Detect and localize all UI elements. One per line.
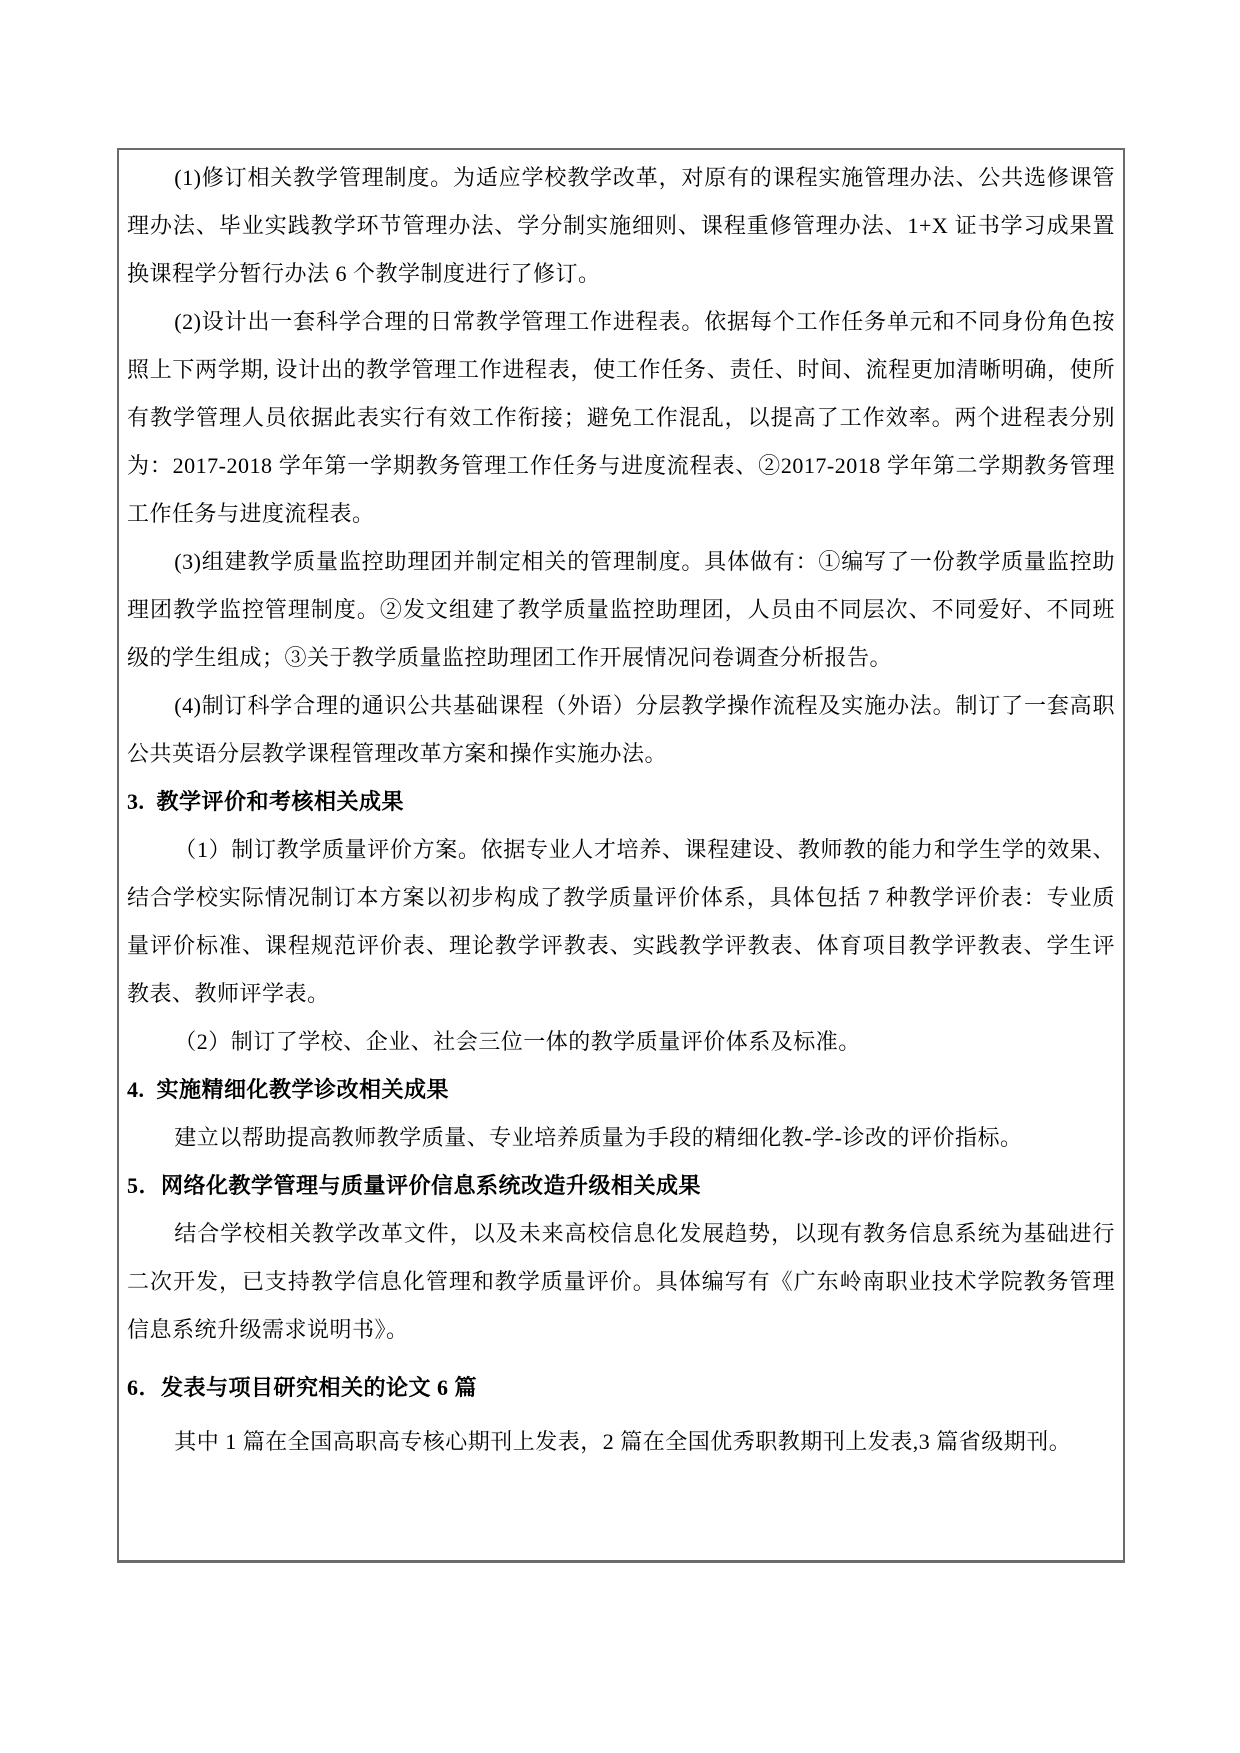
heading-4-refined-teaching-diagnosis: 4. 实施精细化教学诊改相关成果 bbox=[127, 1066, 1115, 1114]
heading-3-teaching-evaluation: 3. 教学评价和考核相关成果 bbox=[127, 778, 1115, 826]
document-box: (1)修订相关教学管理制度。为适应学校教学改革，对原有的课程实施管理办法、公共选… bbox=[117, 148, 1125, 1563]
paragraph-7-evaluation-indicators: 建立以帮助提高教师教学质量、专业培养质量为手段的精细化教-学-诊改的评价指标。 bbox=[127, 1114, 1115, 1162]
paragraph-5-evaluation-scheme: （1）制订教学质量评价方案。依据专业人才培养、课程建设、教师教的能力和学生学的效… bbox=[127, 826, 1115, 1018]
heading-5-network-system-upgrade: 5．网络化教学管理与质量评价信息系统改造升级相关成果 bbox=[127, 1162, 1115, 1210]
paragraph-8-secondary-development: 结合学校相关教学改革文件，以及未来高校信息化发展趋势，以现有教务信息系统为基础进… bbox=[127, 1210, 1115, 1354]
heading-6-published-papers: 6．发表与项目研究相关的论文 6 篇 bbox=[127, 1364, 1115, 1412]
paragraph-6-trinity-evaluation-system: （2）制订了学校、企业、社会三位一体的教学质量评价体系及标准。 bbox=[127, 1018, 1115, 1066]
paragraph-1-revise-teaching-systems: (1)修订相关教学管理制度。为适应学校教学改革，对原有的课程实施管理办法、公共选… bbox=[127, 154, 1115, 298]
paragraph-3-quality-monitoring-group: (3)组建教学质量监控助理团并制定相关的管理制度。具体做有：①编写了一份教学质量… bbox=[127, 538, 1115, 682]
document-page: (1)修订相关教学管理制度。为适应学校教学改革，对原有的课程实施管理办法、公共选… bbox=[0, 0, 1240, 1753]
paragraph-9-journal-details: 其中 1 篇在全国高职高专核心期刊上发表，2 篇在全国优秀职教期刊上发表,3 篇… bbox=[127, 1418, 1115, 1466]
paragraph-2-work-schedule: (2)设计出一套科学合理的日常教学管理工作进程表。依据每个工作任务单元和不同身份… bbox=[127, 298, 1115, 538]
paragraph-4-layered-teaching: (4)制订科学合理的通识公共基础课程（外语）分层教学操作流程及实施办法。制订了一… bbox=[127, 682, 1115, 778]
